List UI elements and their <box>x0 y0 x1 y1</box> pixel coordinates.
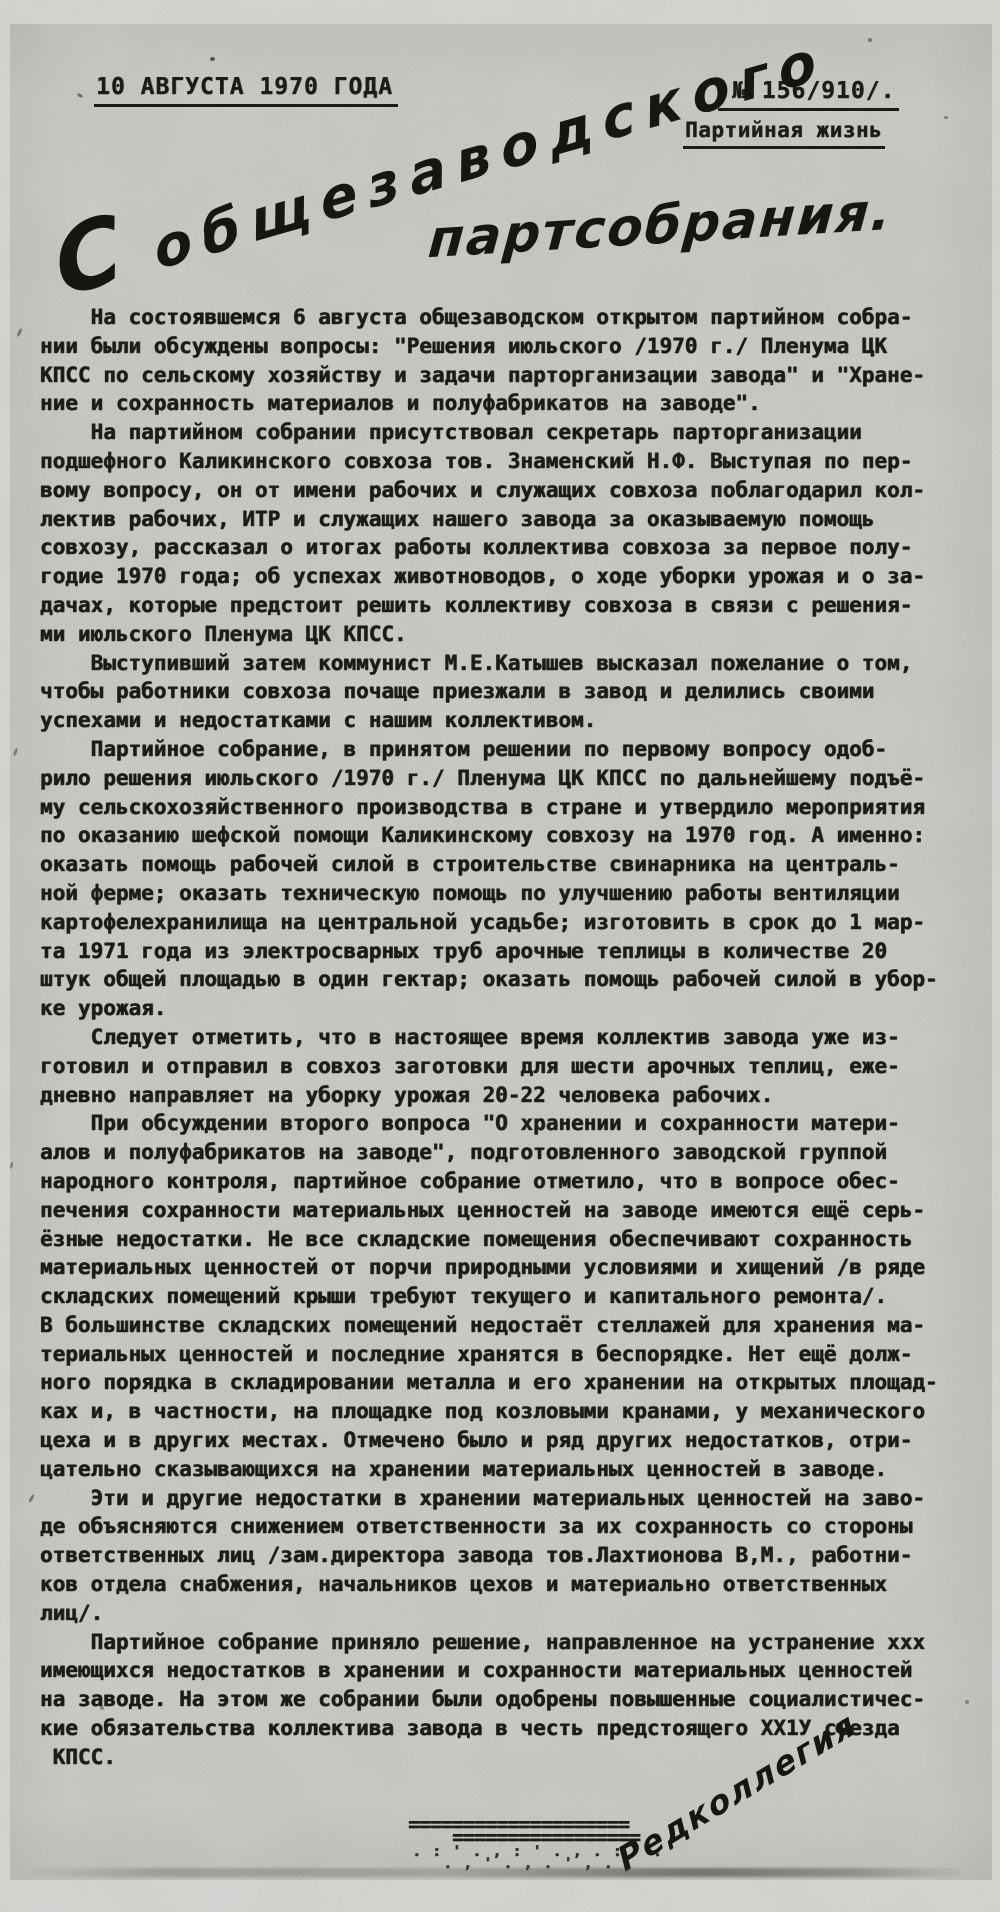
scan-speck <box>210 57 215 61</box>
body-line: ной ферме; оказать техническую помощь по… <box>40 879 970 908</box>
body-line: по оказанию шефской помощи Каликинскому … <box>40 821 970 850</box>
body-line: оказать помощь рабочей силой в строитель… <box>40 850 970 879</box>
body-line: ков отдела снабжения, начальников цехов … <box>40 1570 970 1599</box>
body-line: цательно сказывающихся на хранении матер… <box>40 1455 970 1484</box>
body-line: Следует отметить, что в настоящее время … <box>40 1023 970 1052</box>
body-line: На партийном собрании присутствовал секр… <box>40 418 970 447</box>
body-line: дневно направляет на уборку урожая 20-22… <box>40 1081 970 1110</box>
body-line: ного порядка в складировании металла и е… <box>40 1368 970 1397</box>
body-line: Эти и другие недостатки в хранении матер… <box>40 1484 970 1513</box>
body-line: При обсуждении второго вопроса "О хранен… <box>40 1109 970 1138</box>
body-text: На состоявшемся 6 августа общезаводском … <box>40 303 970 1772</box>
body-line: ние и сохранность материалов и полуфабри… <box>40 389 970 418</box>
body-line: на заводе. На этом же собрании были одоб… <box>40 1685 970 1714</box>
body-line: Выступивший затем коммунист М.Е.Катышев … <box>40 649 970 678</box>
body-line: лектив рабочих, ИТР и служащих нашего за… <box>40 505 970 534</box>
body-line: материальных ценностей от порчи природны… <box>40 1253 970 1282</box>
body-line: готовил и отправил в совхоз заготовки дл… <box>40 1052 970 1081</box>
body-line: лиц/. <box>40 1599 970 1628</box>
scan-speck <box>100 1706 104 1710</box>
body-line: ответственных лиц /зам.директора завода … <box>40 1541 970 1570</box>
scan-speck <box>868 38 872 42</box>
body-line: ке урожая. <box>40 994 970 1023</box>
date-heading: 10 АВГУСТА 1970 ГОДА <box>94 74 398 107</box>
body-line: му сельскохозяйственного производства в … <box>40 793 970 822</box>
body-line: В большинстве складских помещений недост… <box>40 1311 970 1340</box>
body-line: КПСС по сельскому хозяйству и задачи пар… <box>40 361 970 390</box>
scan-speck <box>944 116 948 119</box>
body-line: печения сохранности материальных ценност… <box>40 1196 970 1225</box>
scan-speck <box>965 1700 969 1704</box>
body-line: успехами и недостатками с нашим коллекти… <box>40 706 970 735</box>
body-line: народного контроля, партийное собрание о… <box>40 1167 970 1196</box>
body-line: дачах, которые предстоит решить коллекти… <box>40 591 970 620</box>
body-line: ми июльского Пленума ЦК КПСС. <box>40 620 970 649</box>
body-line: На состоявшемся 6 августа общезаводском … <box>40 303 970 332</box>
body-line: чтобы работники совхоза почаще приезжали… <box>40 677 970 706</box>
body-line: териальных ценностей и последние хранятс… <box>40 1340 970 1369</box>
body-line: ёзные недостатки. Не все складские помещ… <box>40 1225 970 1254</box>
body-line: Партийное собрание приняло решение, напр… <box>40 1628 970 1657</box>
body-line: нии были обсуждены вопросы: "Решения июл… <box>40 332 970 361</box>
body-line: подшефного Каликинского совхоза тов. Зна… <box>40 447 970 476</box>
body-line: Партийное собрание, в принятом решении п… <box>40 735 970 764</box>
paper-edge-shadow <box>22 1868 962 1877</box>
body-line: ках и, в частности, на площадке под козл… <box>40 1397 970 1426</box>
body-line: картофелехранилища на центральной усадьб… <box>40 908 970 937</box>
body-line: годие 1970 года; об успехах животноводов… <box>40 562 970 591</box>
body-line: совхозу, рассказал о итогах работы колле… <box>40 533 970 562</box>
body-line: алов и полуфабрикатов на заводе", подгот… <box>40 1138 970 1167</box>
body-line: рило решения июльского /1970 г./ Пленума… <box>40 764 970 793</box>
scanned-document: 10 АВГУСТА 1970 ГОДА № 156/910/. Партийн… <box>0 0 1000 1912</box>
body-line: цеха и в других местах. Отмечено было и … <box>40 1426 970 1455</box>
body-line: та 1971 года из электросварных труб ароч… <box>40 937 970 966</box>
body-line: штук общей площадью в один гектар; оказа… <box>40 965 970 994</box>
body-line: имеющихся недостатков в хранении и сохра… <box>40 1656 970 1685</box>
body-line: складских помещений крыши требуют текуще… <box>40 1282 970 1311</box>
body-line: вому вопросу, он от имени рабочих и служ… <box>40 476 970 505</box>
body-line: де объясняются снижением ответственности… <box>40 1512 970 1541</box>
